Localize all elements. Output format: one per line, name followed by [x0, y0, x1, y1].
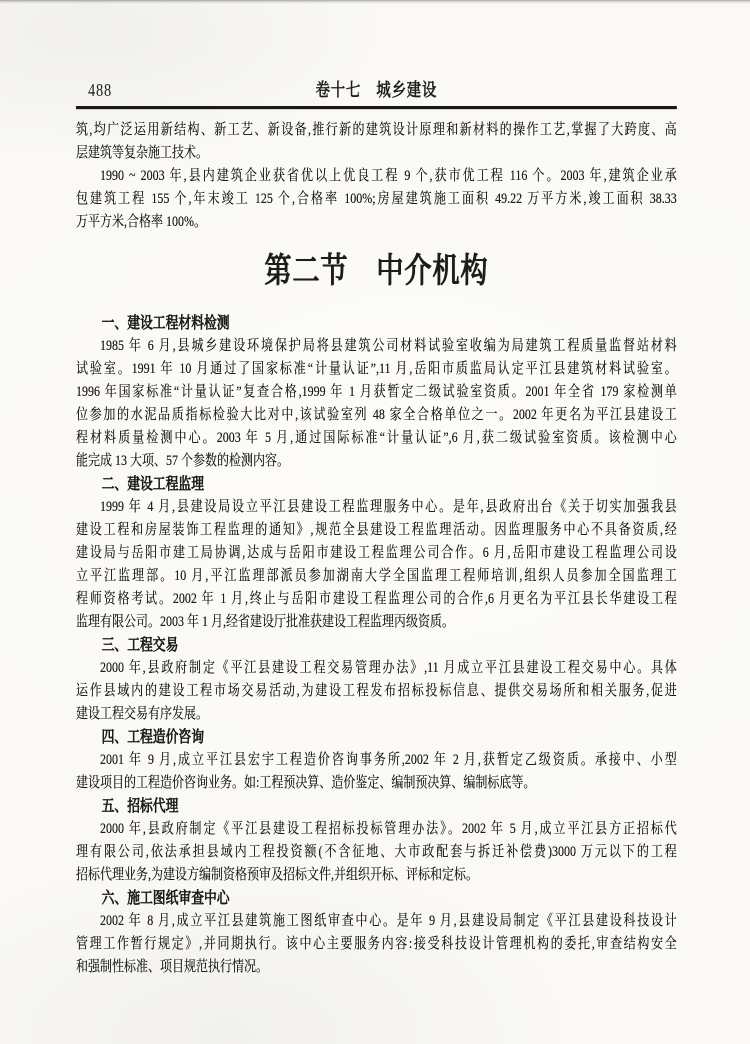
text-line: 筑,均广泛运用新结构、新工艺、新设备,推行新的建筑设计原理和新材料的操作工艺,掌… [76, 119, 677, 142]
subsection-heading-5: 五、招标代理 [76, 795, 677, 818]
text-line: 立平江监理部。10 月,平江监理部派员参加湖南大学全国监理工程师培训,组织人员参… [76, 565, 677, 588]
section-title: 第二节 中介机构 [76, 251, 677, 291]
text-line: 建设项目的工程造价咨询业务。如:工程预决算、造价鉴定、编制预决算、编制标底等。 [76, 772, 677, 795]
intro-paragraph-2: 1990 ~ 2003 年,县内建筑企业获省优以上优良工程 9 个,获市优工程 … [76, 165, 677, 234]
scanned-book-page: 488 卷十七 城乡建设 筑,均广泛运用新结构、新工艺、新设备,推行新的建筑设计… [0, 0, 750, 1044]
subsection-paragraph-2: 1999 年 4 月,县建设局设立平江县建设工程监理服务中心。是年,县政府出台《… [76, 496, 677, 634]
text-line: 2001 年 9 月,成立平江县宏宇工程造价咨询事务所,2002 年 2 月,获… [76, 749, 677, 772]
subsection-heading-3: 三、工程交易 [76, 634, 677, 657]
text-line: 运作县域内的建设工程市场交易活动,为建设工程发布招标投标信息、提供交易场所和相关… [76, 680, 677, 703]
running-header-title: 卷十七 城乡建设 [316, 80, 438, 100]
page-body: 筑,均广泛运用新结构、新工艺、新设备,推行新的建筑设计原理和新材料的操作工艺,掌… [76, 119, 677, 979]
text-line: 试验室。1991 年 10 月通过了国家标准“计量认证”,11 月,岳阳市质监局… [76, 358, 677, 381]
text-line: 1996 年国家标准“计量认证”复查合格,1999 年 1 月获暂定二级试验室资… [76, 381, 677, 404]
subsection-paragraph-1: 1985 年 6 月,县城乡建设环境保护局将县建筑公司材料试验室收编为局建筑工程… [76, 335, 677, 473]
subsection-paragraph-5: 2000 年,县政府制定《平江县建设工程招标投标管理办法》。2002 年 5 月… [76, 818, 677, 887]
text-line: 建设局与岳阳市建工局协调,达成与岳阳市建设工程监理公司合作。6 月,岳阳市建设工… [76, 542, 677, 565]
subsection-heading-2: 二、建设工程监理 [76, 473, 677, 496]
text-line: 程材料质量检测中心。2003 年 5 月,通过国际标准“计量认证”,6 月,获二… [76, 427, 677, 450]
text-line: 建设工程交易有序发展。 [76, 703, 677, 726]
subsection-paragraph-6: 2002 年 8 月,成立平江县建筑施工图纸审查中心。是年 9 月,县建设局制定… [76, 910, 677, 979]
text-line: 理有限公司,依法承担县域内工程投资额(不含征地、大市政配套与拆迁补偿费)3000… [76, 841, 677, 864]
text-block: 488 卷十七 城乡建设 筑,均广泛运用新结构、新工艺、新设备,推行新的建筑设计… [76, 80, 677, 979]
subsection-paragraph-4: 2001 年 9 月,成立平江县宏宇工程造价咨询事务所,2002 年 2 月,获… [76, 749, 677, 795]
text-line: 2000 年,县政府制定《平江县建设工程交易管理办法》,11 月成立平江县建设工… [76, 657, 677, 680]
text-line: 程师资格考试。2002 年 1 月,终止与岳阳市建设工程监理公司的合作,6 月更… [76, 588, 677, 611]
header-rule [76, 106, 677, 109]
intro-paragraph-continuation: 筑,均广泛运用新结构、新工艺、新设备,推行新的建筑设计原理和新材料的操作工艺,掌… [76, 119, 677, 165]
text-line: 位参加的水泥品质指标检验大比对中,该试验室列 48 家全合格单位之一。2002 … [76, 404, 677, 427]
text-line: 1990 ~ 2003 年,县内建筑企业获省优以上优良工程 9 个,获市优工程 … [76, 165, 677, 188]
text-line: 万平方米,合格率 100%。 [76, 211, 677, 234]
text-line: 1985 年 6 月,县城乡建设环境保护局将县建筑公司材料试验室收编为局建筑工程… [76, 335, 677, 358]
text-line: 建设工程和房屋装饰工程监理的通知》,规范全县建设工程监理活动。因监理服务中心不具… [76, 519, 677, 542]
text-line: 和强制性标准、项目规范执行情况。 [76, 956, 677, 979]
text-line: 监理有限公司。2003 年 1 月,经省建设厅批准获建设工程监理丙级资质。 [76, 611, 677, 634]
subsection-heading-1: 一、建设工程材料检测 [76, 312, 677, 335]
text-line: 能完成 13 大项、57 个参数的检测内容。 [76, 450, 677, 473]
text-line: 招标代理业务,为建设方编制资格预审及招标文件,并组织开标、评标和定标。 [76, 864, 677, 887]
page-number: 488 [88, 80, 112, 100]
text-line: 1999 年 4 月,县建设局设立平江县建设工程监理服务中心。是年,县政府出台《… [76, 496, 677, 519]
subsection-heading-4: 四、工程造价咨询 [76, 726, 677, 749]
page-header: 488 卷十七 城乡建设 [76, 80, 677, 100]
text-line: 层建筑等复杂施工技术。 [76, 142, 677, 165]
text-line: 2002 年 8 月,成立平江县建筑施工图纸审查中心。是年 9 月,县建设局制定… [76, 910, 677, 933]
subsection-heading-6: 六、施工图纸审查中心 [76, 887, 677, 910]
text-line: 管理工作暂行规定》,并同期执行。该中心主要服务内容:接受科技设计管理机构的委托,… [76, 933, 677, 956]
text-line: 包建筑工程 155 个,年末竣工 125 个,合格率 100%;房屋建筑施工面积… [76, 188, 677, 211]
subsection-paragraph-3: 2000 年,县政府制定《平江县建设工程交易管理办法》,11 月成立平江县建设工… [76, 657, 677, 726]
text-line: 2000 年,县政府制定《平江县建设工程招标投标管理办法》。2002 年 5 月… [76, 818, 677, 841]
